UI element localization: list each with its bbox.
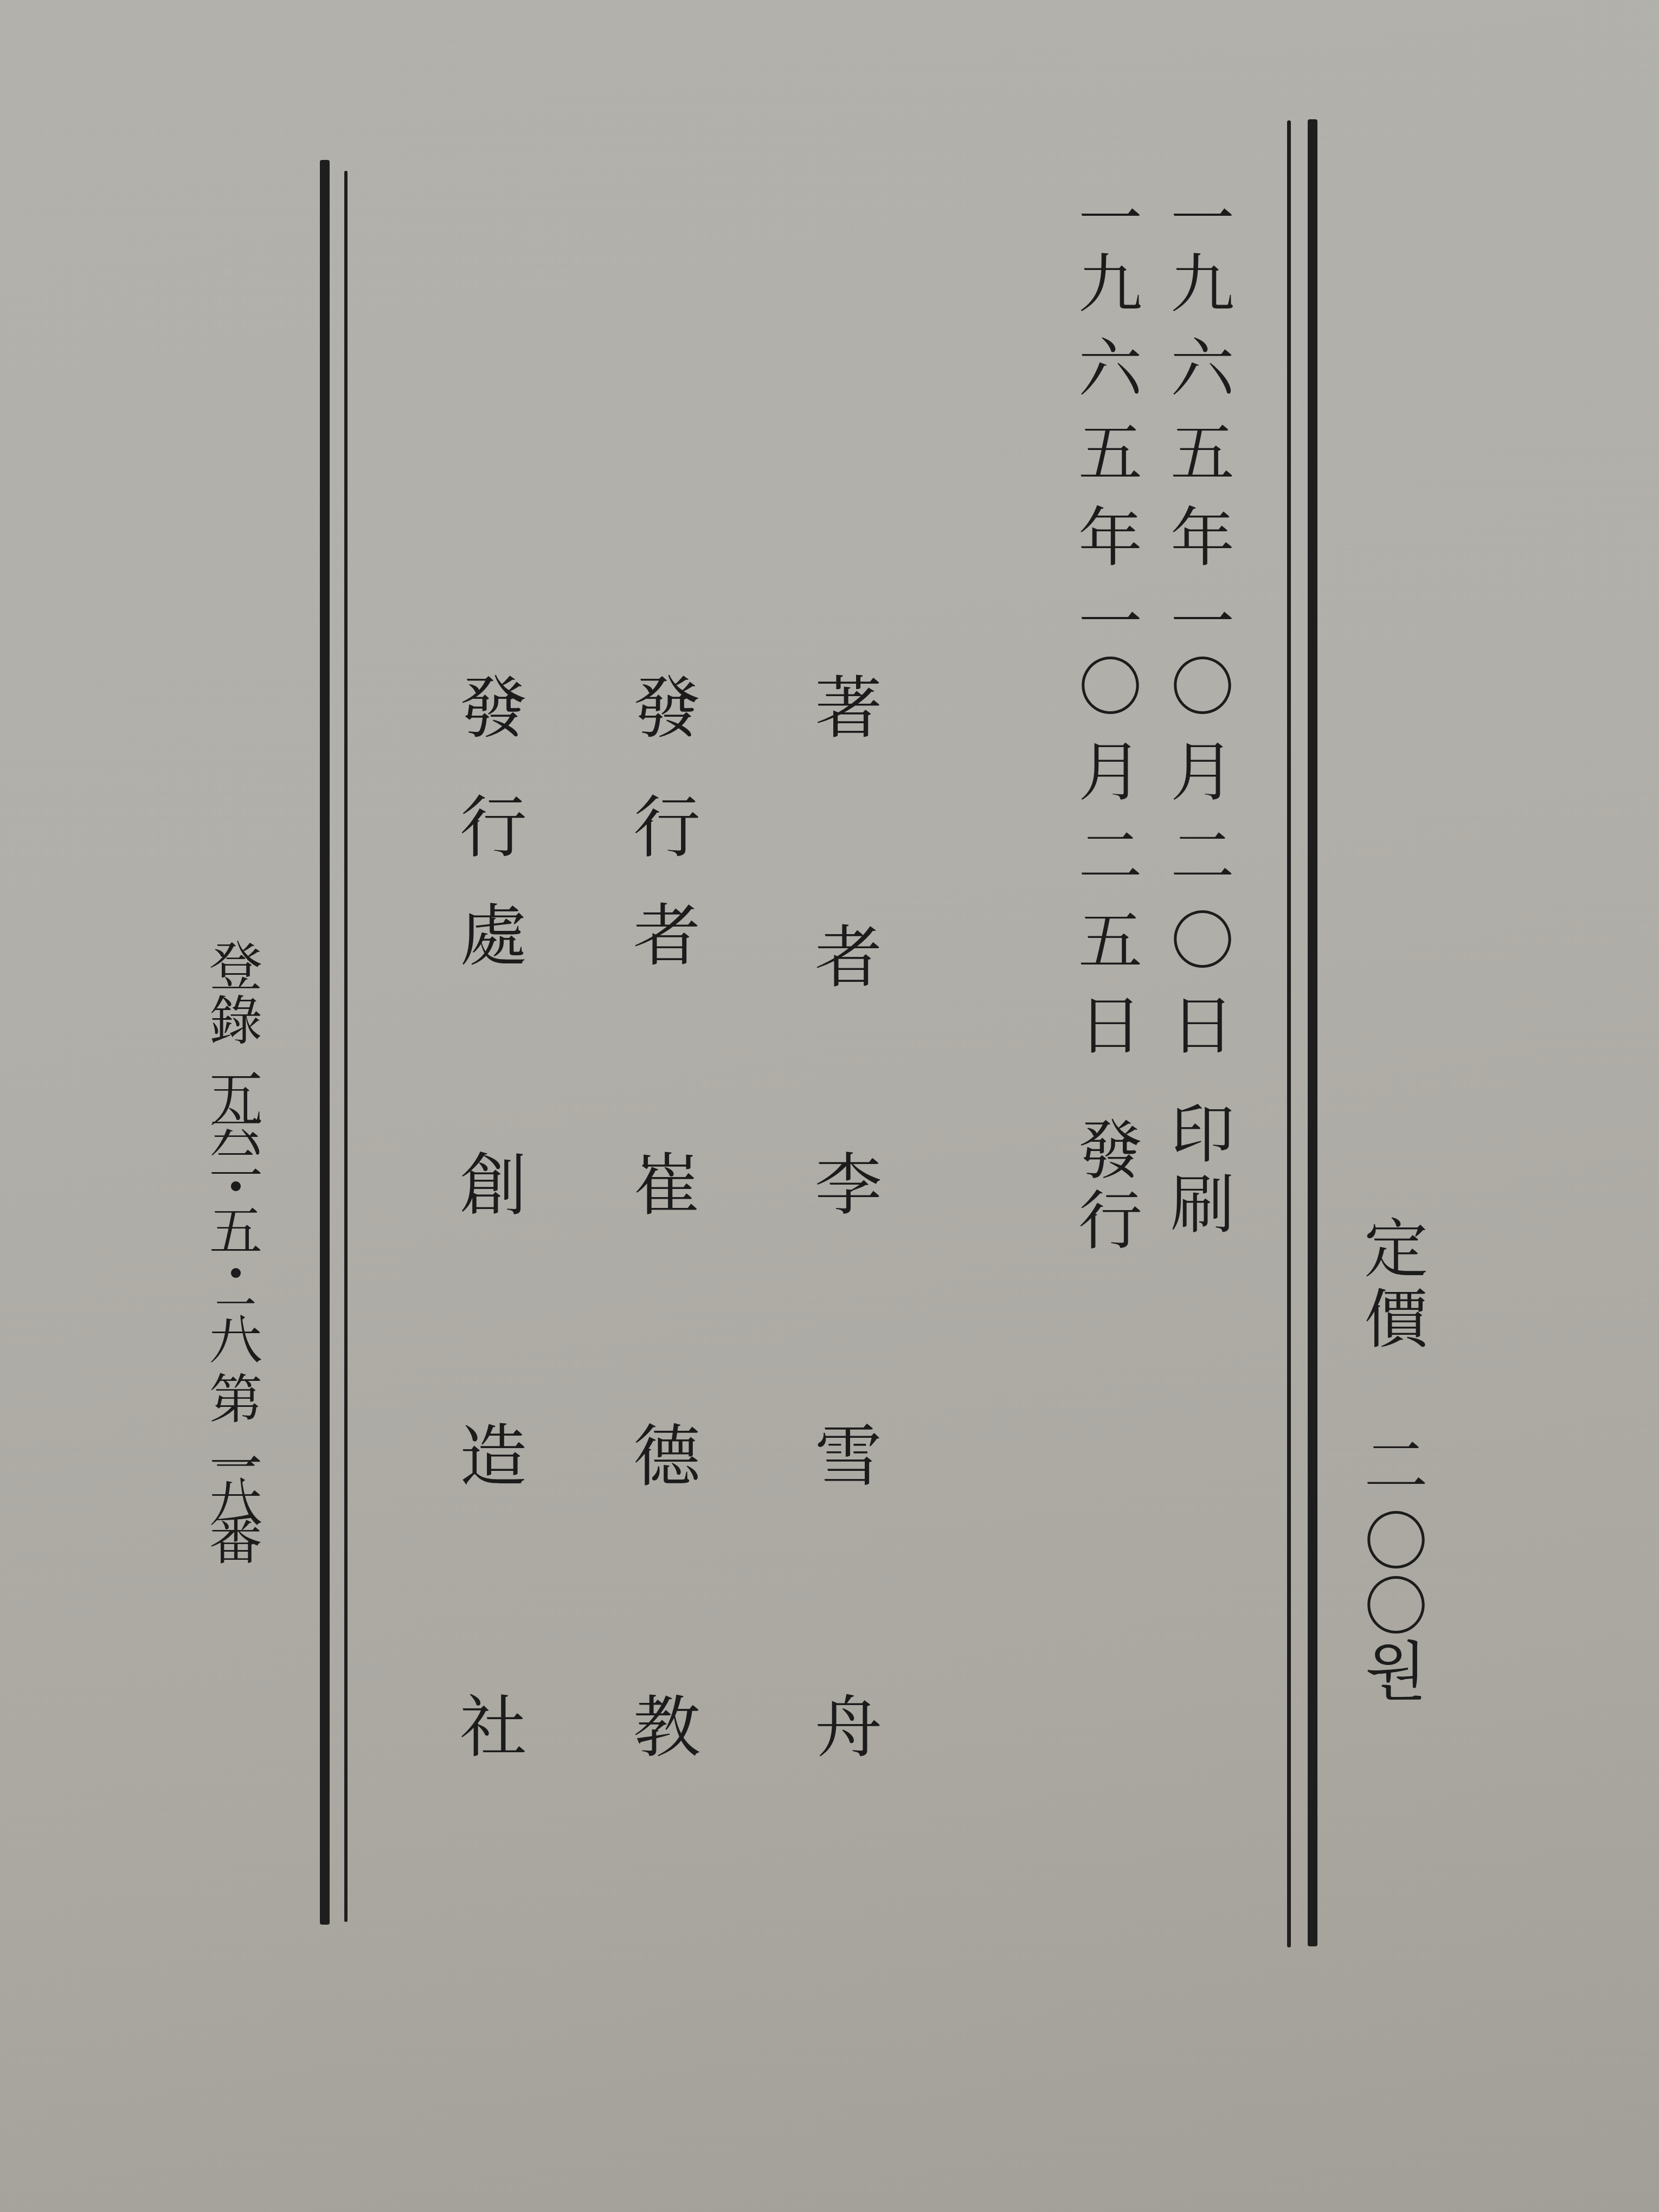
registration-char: 登 [203,941,268,995]
date-char: 〇 [1165,655,1240,740]
publishing-house-label-char: 處 [450,903,537,1152]
date-char: 二 [1165,825,1240,909]
publisher-name-char: 教 [623,1694,710,1781]
printing-label-char: 刷 [1165,1173,1240,1257]
date-char: 五 [1072,421,1148,506]
date-char: 一 [1072,187,1148,252]
publisher-name-char: 德 [623,1423,710,1694]
date-char: 二 [1072,825,1148,909]
price-column: 定 價 二 〇 〇 원 [1358,1217,1434,1705]
publishing-house-name-char: 創 [450,1152,537,1423]
date-char: 六 [1072,337,1148,421]
price-amount-char: 〇 [1358,1575,1434,1640]
publishing-house-column: 發 行 處 創 造 社 [450,675,537,1781]
date-char: 〇 [1165,909,1240,994]
date-char: 日 [1072,994,1148,1118]
issue-label-char: 行 [1072,1189,1148,1274]
price-amount-char: 二 [1358,1434,1434,1510]
date-char: 年 [1165,506,1240,590]
issue-label-char: 發 [1072,1118,1148,1189]
publishing-house-label-char: 行 [450,794,537,903]
left-rule-thick [320,160,330,1925]
price-label-char: 價 [1358,1288,1434,1434]
date-char: 〇 [1072,655,1148,740]
date-char: 一 [1165,590,1240,655]
registration-separator: ・ [203,1162,268,1205]
issue-date-column: 一 九 六 五 年 一 〇 月 二 五 日 發 行 [1072,187,1148,1274]
author-name-char: 雪 [805,1423,892,1694]
author-column: 著 者 李 雪 舟 [805,675,892,1781]
price-label-char: 定 [1358,1217,1434,1288]
date-char: 一 [1072,590,1148,655]
printing-date-column: 一 九 六 五 年 一 〇 月 二 〇 日 印 刷 [1165,187,1240,1257]
right-rule-thick [1308,119,1317,1946]
price-currency-char: 원 [1358,1640,1434,1705]
author-label-char: 者 [805,924,892,1152]
right-rule-thin [1287,120,1291,1947]
date-char: 五 [1072,909,1148,994]
registration-column: 登 錄 一 九 六 三 ・ 五 ・ 二 八 第 一 二 八 番 [203,941,268,1568]
publisher-name-char: 崔 [623,1152,710,1423]
registration-char: 三 [203,1129,268,1162]
left-rule-thin [344,171,348,1922]
registration-char: 五 [203,1205,268,1249]
date-char: 日 [1165,994,1240,1102]
registration-char: 第 [203,1373,268,1438]
publisher-label-char: 者 [623,903,710,1152]
date-char: 九 [1165,252,1240,337]
printing-label-char: 印 [1165,1102,1240,1173]
publishing-house-name-char: 造 [450,1423,537,1694]
registration-char: 番 [203,1514,268,1568]
date-char: 月 [1165,740,1240,825]
date-char: 年 [1072,506,1148,590]
publisher-label-char: 發 [623,675,710,794]
author-name-char: 李 [805,1152,892,1423]
publisher-person-column: 發 行 者 崔 德 教 [623,675,710,1781]
date-char: 月 [1072,740,1148,825]
publishing-house-name-char: 社 [450,1694,537,1781]
date-char: 九 [1072,252,1148,337]
registration-char: 八 [203,1476,268,1514]
date-char: 五 [1165,421,1240,506]
registration-char: 錄 [203,995,268,1054]
registration-char: 八 [203,1314,268,1373]
author-label-char: 著 [805,675,892,924]
price-amount-char: 〇 [1358,1510,1434,1575]
publisher-label-char: 行 [623,794,710,903]
publishing-house-label-char: 發 [450,675,537,794]
registration-separator: ・ [203,1249,268,1292]
date-char: 一 [1165,187,1240,252]
author-name-char: 舟 [805,1694,892,1781]
date-char: 六 [1165,337,1240,421]
